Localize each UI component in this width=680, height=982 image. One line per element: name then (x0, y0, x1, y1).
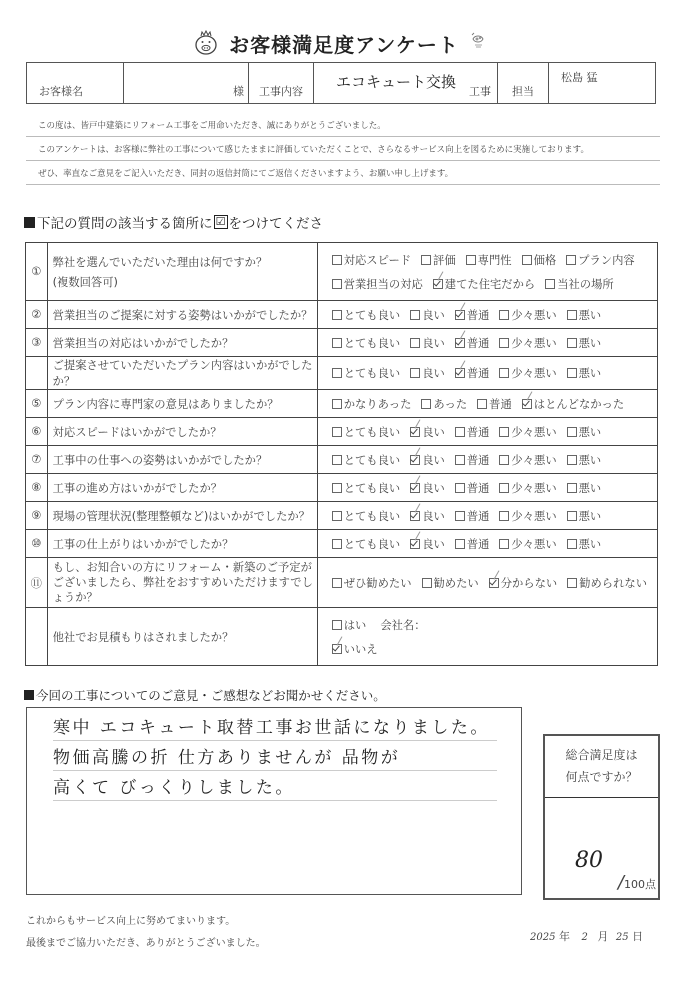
checkbox-icon[interactable] (455, 511, 465, 521)
answer-option[interactable]: とても良い (332, 480, 401, 496)
answer-option[interactable]: 良い (410, 307, 445, 323)
checkbox-icon[interactable] (421, 399, 431, 409)
checkbox-checked-icon[interactable] (410, 427, 420, 437)
answer-option[interactable]: 良い (410, 365, 445, 381)
answer-option[interactable]: とても良い (332, 424, 401, 440)
answer-option[interactable]: 少々悪い (499, 480, 556, 496)
checkbox-icon[interactable] (332, 255, 342, 265)
staff-value: 松島 猛 (561, 71, 598, 84)
question-row: ①弊社を選んでいただいた理由は何ですか？(複数回答可)対応スピード評価専門性価格… (26, 243, 658, 301)
customer-name-label: お客様名 (27, 63, 124, 104)
question-text: 現場の管理状況(整理整頓など)はいかがでしたか？ (47, 502, 317, 530)
answer-option[interactable]: とても良い (332, 508, 401, 524)
comments-box[interactable]: 寒中 エコキュート取替工事お世話になりました。 物価高騰の折 仕方ありませんが … (26, 707, 522, 895)
work-content-label: 工事内容 (249, 63, 314, 104)
customer-suffix: 様 (233, 85, 244, 98)
checkbox-icon[interactable] (332, 455, 342, 465)
answer-option[interactable]: 営業担当の対応 (332, 276, 423, 292)
answer-option[interactable]: 悪い (567, 536, 602, 552)
answer-option[interactable]: プラン内容 (566, 252, 635, 268)
question-number: ③ (26, 329, 48, 357)
answer-option[interactable]: いいえ (332, 641, 378, 657)
checkbox-checked-icon[interactable] (455, 310, 465, 320)
answer-option[interactable]: 建てた住宅だから (433, 276, 535, 292)
questions-heading: 下記の質問の該当する箇所に ☑ をつけてくださ (24, 212, 323, 232)
answer-option[interactable]: 悪い (567, 508, 602, 524)
customer-info-table: お客様名 様 工事内容 エコキュート交換 工事 担当 松島 猛 (26, 62, 656, 104)
intro-text: この度は、皆戸中建築にリフォーム工事をご用命いただき、誠にありがとうございました… (26, 113, 660, 185)
checkbox-icon[interactable] (567, 368, 577, 378)
checkbox-checked-icon[interactable] (522, 399, 532, 409)
answer-option[interactable]: 悪い (567, 365, 602, 381)
checkbox-icon[interactable] (422, 578, 432, 588)
question-number: ⑥ (26, 418, 48, 446)
checkbox-icon[interactable] (567, 539, 577, 549)
checkbox-icon[interactable] (332, 620, 342, 630)
answer-option[interactable]: 少々悪い (499, 508, 556, 524)
answer-option[interactable]: 普通 (455, 424, 490, 440)
date-month: 2 (581, 932, 587, 943)
question-text: 工事中の仕事への姿勢はいかがでしたか？ (47, 446, 317, 474)
question-number: ⑧ (26, 474, 48, 502)
intro-line-2: このアンケートは、お客様に弊社の工事について感じたままに評価していただくことで、… (26, 137, 660, 161)
comment-line-1: 寒中 エコキュート取替工事お世話になりました。 (53, 708, 497, 741)
question-text: 営業担当のご提案に対する姿勢はいかがでしたか？ (47, 301, 317, 329)
question-row: ②営業担当のご提案に対する姿勢はいかがでしたか？とても良い良い普通少々悪い悪い (26, 301, 658, 329)
answer-option[interactable]: 悪い (567, 480, 602, 496)
checkbox-icon[interactable] (567, 310, 577, 320)
question-row: ⑨現場の管理状況(整理整頓など)はいかがでしたか？とても良い良い普通少々悪い悪い (26, 502, 658, 530)
question-row: ③営業担当の対応はいかがでしたか？とても良い良い普通少々悪い悪い (26, 329, 658, 357)
question-text: 営業担当の対応はいかがでしたか？ (47, 329, 317, 357)
answer-option[interactable]: あった (421, 396, 467, 412)
checkbox-checked-icon[interactable] (410, 455, 420, 465)
checkbox-icon[interactable] (466, 255, 476, 265)
checkbox-icon[interactable] (410, 338, 420, 348)
answer-option[interactable]: 分からない (489, 575, 558, 591)
answer-option[interactable]: 当社の場所 (545, 276, 614, 292)
answer-options: とても良い良い普通少々悪い悪い (317, 329, 657, 357)
question-number: ⑦ (26, 446, 48, 474)
comments-heading: 今回の工事についてのご意見・ご感想などお聞かせください。 (24, 686, 386, 704)
answer-option[interactable]: 普通 (455, 508, 490, 524)
answer-option[interactable]: 専門性 (466, 252, 512, 268)
intro-line-1: この度は、皆戸中建築にリフォーム工事をご用命いただき、誠にありがとうございました… (26, 113, 660, 137)
question-row: ⑧工事の進め方はいかがでしたか？とても良い良い普通少々悪い悪い (26, 474, 658, 502)
flower-decoration-icon (469, 31, 487, 49)
answer-option[interactable]: とても良い (332, 307, 401, 323)
date-year: 2025 (530, 932, 555, 943)
checkbox-icon[interactable] (332, 511, 342, 521)
checkbox-icon[interactable] (567, 427, 577, 437)
checkbox-checked-icon[interactable] (410, 483, 420, 493)
answer-option[interactable]: 良い (410, 536, 445, 552)
checkbox-icon[interactable] (477, 399, 487, 409)
checkbox-icon[interactable] (567, 338, 577, 348)
closing-line-1: これからもサービス向上に努めてまいります。 (26, 912, 235, 927)
checkbox-icon[interactable] (410, 368, 420, 378)
answer-option[interactable]: 普通 (477, 396, 512, 412)
survey-title: お客様満足度アンケート (229, 29, 459, 58)
questions-table: ①弊社を選んでいただいた理由は何ですか？(複数回答可)対応スピード評価専門性価格… (25, 242, 658, 666)
answer-option[interactable]: 少々悪い (499, 452, 556, 468)
question-row: ご提案させていただいたプラン内容はいかがでしたか？とても良い良い普通少々悪い悪い (26, 357, 658, 390)
answer-options: ぜひ勧めたい勧めたい分からない勧められない (317, 558, 657, 608)
checkbox-icon[interactable] (455, 483, 465, 493)
company-name-label: 会社名： (380, 617, 425, 633)
checkbox-icon[interactable] (545, 279, 555, 289)
answer-option[interactable]: 悪い (567, 452, 602, 468)
answer-option[interactable]: 価格 (522, 252, 557, 268)
answer-option[interactable]: 良い (410, 424, 445, 440)
checkbox-icon[interactable] (499, 310, 509, 320)
answer-option[interactable]: 評価 (421, 252, 456, 268)
checkbox-icon[interactable] (421, 255, 431, 265)
question-number (26, 357, 48, 390)
answer-option[interactable]: かなりあった (332, 396, 412, 412)
answer-option[interactable]: 普通 (455, 335, 490, 351)
question-number: ⑩ (26, 530, 48, 558)
comment-line-2: 物価高騰の折 仕方ありませんが 品物が (53, 738, 497, 771)
answer-options: とても良い良い普通少々悪い悪い (317, 474, 657, 502)
answer-option[interactable]: 勧めたい (422, 575, 479, 591)
question-number: ② (26, 301, 48, 329)
checkbox-checked-icon[interactable] (410, 539, 420, 549)
checkbox-icon[interactable] (332, 368, 342, 378)
checkbox-icon[interactable] (499, 455, 509, 465)
checkbox-icon[interactable] (499, 539, 509, 549)
question-row: ⑥対応スピードはいかがでしたか？とても良い良い普通少々悪い悪い (26, 418, 658, 446)
checkbox-icon[interactable] (332, 399, 342, 409)
answer-option[interactable]: 勧められない (567, 575, 647, 591)
checkbox-icon[interactable] (499, 427, 509, 437)
answer-option[interactable]: 普通 (455, 452, 490, 468)
checkbox-checked-icon[interactable] (332, 644, 342, 654)
answer-options: とても良い良い普通少々悪い悪い (317, 301, 657, 329)
work-suffix: 工事 (469, 83, 491, 99)
score-value[interactable]: 80 (575, 848, 603, 873)
question-row: 他社でお見積もりはされましたか？はい会社名：いいえ (26, 608, 658, 666)
question-text: プラン内容に専門家の意見はありましたか？ (47, 390, 317, 418)
checkbox-icon[interactable] (410, 310, 420, 320)
intro-line-3: ぜひ、率直なご意見をご記入いただき、同封の返信封筒にてご返信くださいますよう、お… (26, 161, 660, 185)
closing-line-2: 最後までご協力いただき、ありがとうございました。 (26, 934, 266, 949)
square-bullet-icon (24, 217, 35, 228)
checkbox-icon[interactable] (332, 483, 342, 493)
answer-options: とても良い良い普通少々悪い悪い (317, 446, 657, 474)
pig-mascot-icon (193, 30, 219, 56)
answer-option[interactable]: とても良い (332, 536, 401, 552)
checkbox-checked-icon[interactable] (410, 511, 420, 521)
question-row: ⑦工事中の仕事への姿勢はいかがでしたか？とても良い良い普通少々悪い悪い (26, 446, 658, 474)
checkbox-icon[interactable] (332, 578, 342, 588)
question-number (26, 608, 48, 666)
answer-option[interactable]: 良い (410, 452, 445, 468)
question-subtext: (複数回答可) (53, 274, 317, 290)
answer-option[interactable]: とても良い (332, 335, 401, 351)
question-row: ⑤プラン内容に専門家の意見はありましたか？かなりあったあった普通はとんどなかった (26, 390, 658, 418)
checkbox-icon[interactable] (567, 578, 577, 588)
answer-option[interactable]: はとんどなかった (522, 396, 624, 412)
answer-option[interactable]: 悪い (567, 307, 602, 323)
answer-option[interactable]: ぜひ勧めたい (332, 575, 412, 591)
question-text: もし、お知合いの方にリフォーム・新築のご予定がございましたら、弊社をおすすめいた… (47, 558, 317, 608)
score-max: /100点 (618, 872, 656, 893)
question-number: ⑤ (26, 390, 48, 418)
question-text: 対応スピードはいかがでしたか？ (47, 418, 317, 446)
checkbox-icon[interactable] (522, 255, 532, 265)
answer-option[interactable]: 少々悪い (499, 365, 556, 381)
checkbox-icon[interactable] (332, 279, 342, 289)
answer-options: はい会社名：いいえ (317, 608, 657, 666)
answer-options: とても良い良い普通少々悪い悪い (317, 418, 657, 446)
checkbox-icon[interactable] (455, 539, 465, 549)
answer-option[interactable]: とても良い (332, 365, 401, 381)
answer-option[interactable]: 普通 (455, 536, 490, 552)
answer-option[interactable]: 良い (410, 480, 445, 496)
checkbox-icon[interactable] (455, 427, 465, 437)
answer-option[interactable]: 普通 (455, 480, 490, 496)
checkbox-icon[interactable] (567, 483, 577, 493)
answer-option[interactable]: 良い (410, 335, 445, 351)
survey-title-row: お客様満足度アンケート (0, 26, 680, 60)
question-row: ⑩工事の仕上がりはいかがでしたか？とても良い良い普通少々悪い悪い (26, 530, 658, 558)
date: 2025 年 2 月 25 日 (530, 928, 643, 944)
question-text: 工事の進め方はいかがでしたか？ (47, 474, 317, 502)
question-number: ① (26, 243, 48, 301)
answer-option[interactable]: 良い (410, 508, 445, 524)
answer-option[interactable]: 悪い (567, 335, 602, 351)
work-content-value: エコキュート交換 (336, 71, 456, 92)
checkbox-icon[interactable] (566, 255, 576, 265)
answer-options: とても良い良い普通少々悪い悪い (317, 357, 657, 390)
answer-option[interactable]: 少々悪い (499, 307, 556, 323)
staff-label: 担当 (498, 63, 549, 104)
answer-option[interactable]: 普通 (455, 307, 490, 323)
work-content-field[interactable]: エコキュート交換 工事 (314, 63, 498, 104)
question-number: ⑨ (26, 502, 48, 530)
customer-name-field[interactable]: 様 (124, 63, 249, 104)
answer-option[interactable]: はい (332, 617, 367, 633)
answer-options: とても良い良い普通少々悪い悪い (317, 502, 657, 530)
staff-field[interactable]: 松島 猛 (549, 63, 656, 104)
checkbox-checked-icon[interactable] (489, 578, 499, 588)
answer-options: とても良い良い普通少々悪い悪い (317, 530, 657, 558)
question-number: ⑪ (26, 558, 48, 608)
answer-option[interactable]: 少々悪い (499, 335, 556, 351)
comment-line-3: 高くて びっくりしました。 (53, 768, 497, 801)
question-row: ⑪もし、お知合いの方にリフォーム・新築のご予定がございましたら、弊社をおすすめい… (26, 558, 658, 608)
date-day: 25 (616, 932, 629, 943)
score-question: 総合満足度は 何点ですか？ (545, 736, 658, 798)
answer-options: かなりあったあった普通はとんどなかった (317, 390, 657, 418)
checkbox-example-icon: ☑ (214, 215, 228, 229)
checkbox-icon[interactable] (332, 427, 342, 437)
checkbox-icon[interactable] (567, 511, 577, 521)
checkbox-icon[interactable] (332, 310, 342, 320)
question-text: 弊社を選んでいただいた理由は何ですか？(複数回答可) (47, 243, 317, 301)
checkbox-checked-icon[interactable] (455, 368, 465, 378)
checkbox-icon[interactable] (332, 338, 342, 348)
question-text: ご提案させていただいたプラン内容はいかがでしたか？ (47, 357, 317, 390)
answer-option[interactable]: 少々悪い (499, 424, 556, 440)
checkbox-icon[interactable] (499, 483, 509, 493)
checkbox-icon[interactable] (499, 511, 509, 521)
checkbox-icon[interactable] (455, 455, 465, 465)
checkbox-icon[interactable] (499, 338, 509, 348)
square-bullet-icon (24, 690, 34, 700)
question-text: 工事の仕上がりはいかがでしたか？ (47, 530, 317, 558)
answer-options: 対応スピード評価専門性価格プラン内容営業担当の対応建てた住宅だから当社の場所 (317, 243, 657, 301)
checkbox-icon[interactable] (567, 455, 577, 465)
answer-option[interactable]: 少々悪い (499, 536, 556, 552)
answer-option[interactable]: とても良い (332, 452, 401, 468)
answer-option[interactable]: 普通 (455, 365, 490, 381)
answer-option[interactable]: 対応スピード (332, 252, 411, 268)
answer-option[interactable]: 悪い (567, 424, 602, 440)
checkbox-checked-icon[interactable] (433, 279, 443, 289)
checkbox-checked-icon[interactable] (455, 338, 465, 348)
overall-score-box: 総合満足度は 何点ですか？ 80 /100点 (543, 734, 660, 900)
checkbox-icon[interactable] (499, 368, 509, 378)
question-text: 他社でお見積もりはされましたか？ (47, 608, 317, 666)
checkbox-icon[interactable] (332, 539, 342, 549)
